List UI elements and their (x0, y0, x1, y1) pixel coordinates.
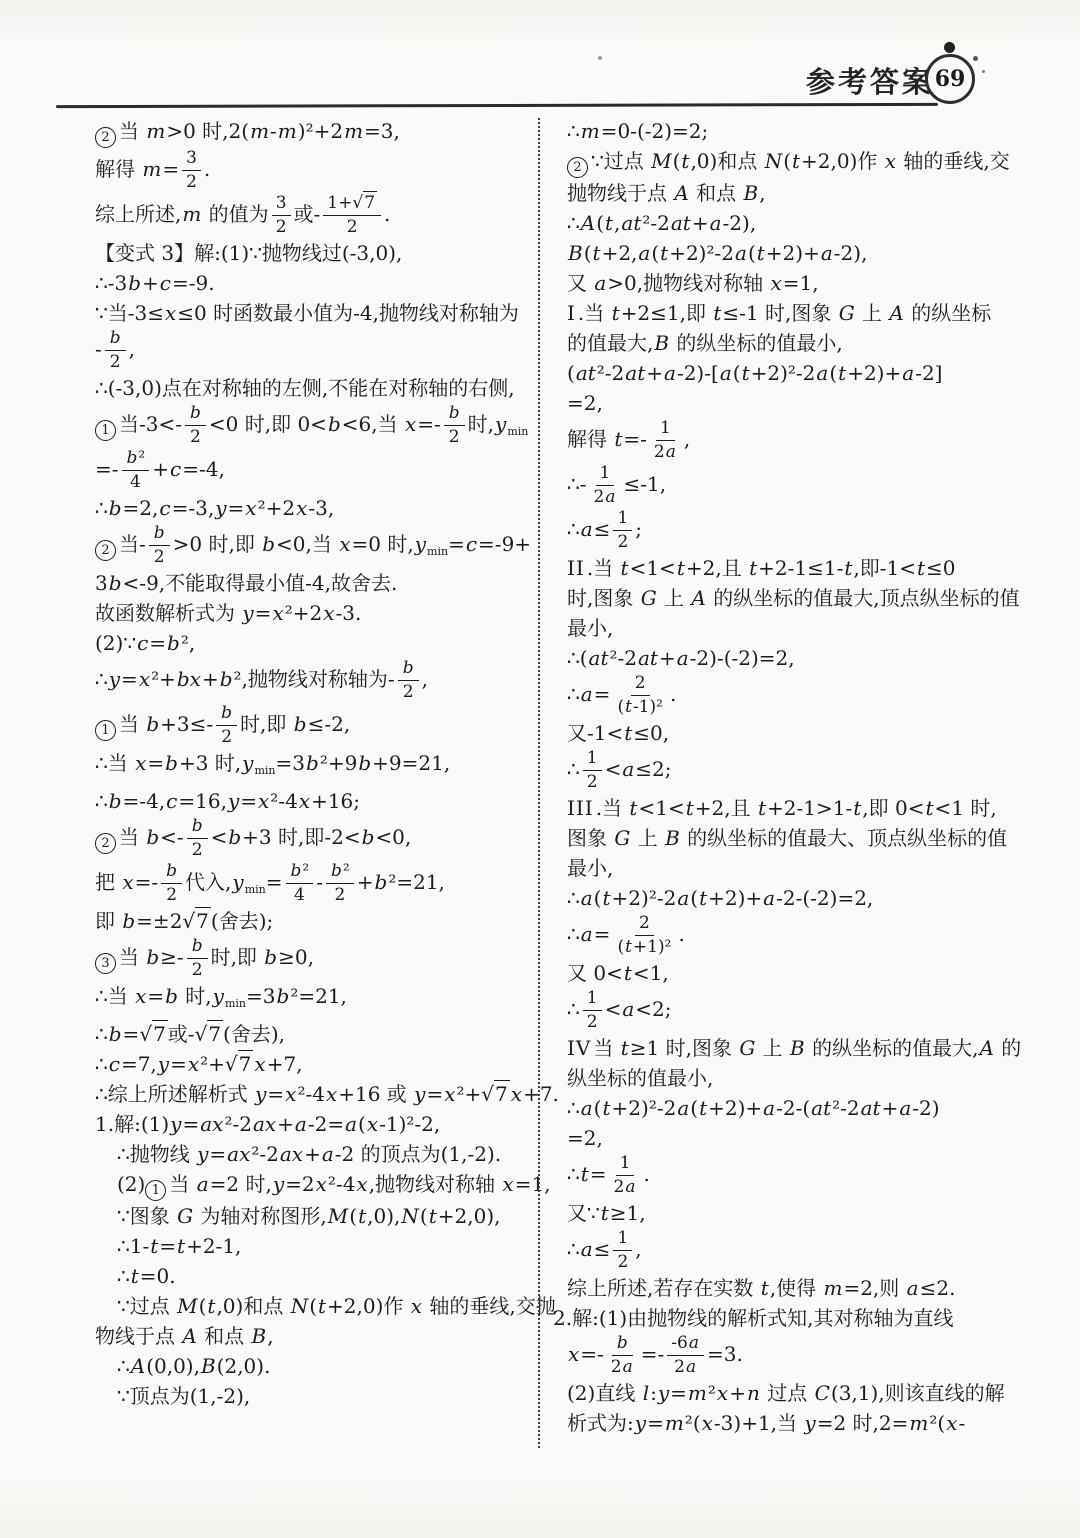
text-line: ∴a≤12; (567, 508, 1027, 553)
text-line: =-b²4+c=-4, (95, 448, 539, 493)
text-line: 最小, (567, 853, 1027, 883)
text-line: ∵图象 G 为轴对称图形,M(t,0),N(t+2,0), (95, 1201, 539, 1231)
text-line: 1.解:(1)y=ax²-2ax+a-2=a(x-1)²-2, (95, 1109, 539, 1139)
text-line: ∴12<a<2; (567, 988, 1027, 1033)
page-number: 69 (935, 66, 966, 92)
text-line: 把 x=-b2代入,ymin=b²4-b²2+b²=21, (95, 861, 539, 906)
text-line: ∴c=7,y=x²+√7x+7, (95, 1049, 539, 1079)
text-line: 又-1<t≤0, (567, 718, 1027, 748)
answer-page: 参考答案 69 2当 m>0 时,2(m-m)²+2m=3,解得 m=32.综上… (0, 0, 1080, 1538)
text-line: 抛物线于点 A 和点 B, (567, 178, 1027, 208)
text-line: 析式为:y=m²(x-3)+1,当 y=2 时,2=m²(x- (567, 1408, 1027, 1438)
text-line: II.当 t<1<t+2,且 t+2-1≤1-t,即-1<t≤0 (567, 553, 1027, 583)
text-line: 2当-b2>0 时,即 b<0,当 x=0 时,ymin=c=-9+ (95, 523, 539, 568)
text-line: 3b<-9,不能取得最小值-4,故舍去. (95, 568, 539, 598)
text-line: ∴a=2(t-1)². (567, 673, 1027, 718)
text-line: 又 0<t<1, (567, 958, 1027, 988)
text-line: ∴(at²-2at+a-2)-(-2)=2, (567, 643, 1027, 673)
badge-orbit-dot-tiny (982, 70, 985, 73)
text-line: ∴-12a≤-1, (567, 463, 1027, 508)
text-line: ∴1-t=t+2-1, (95, 1231, 539, 1261)
text-line: 故函数解析式为 y=x²+2x-3. (95, 598, 539, 628)
text-line: 图象 G 上 B 的纵坐标的值最大、顶点纵坐标的值 (567, 823, 1027, 853)
text-line: 解得 t=-12a, (567, 418, 1027, 463)
text-line: -b2, (95, 328, 539, 373)
text-line: x=-b2a=--6a2a=3. (567, 1333, 1027, 1378)
text-line: ∴b=√7或-√7(舍去), (95, 1019, 539, 1049)
text-line: ∴a(t+2)²-2a(t+2)+a-2-(-2)=2, (567, 883, 1027, 913)
text-line: 2∵过点 M(t,0)和点 N(t+2,0)作 x 轴的垂线,交 (567, 146, 1027, 178)
text-line: ∴当 x=b+3 时,ymin=3b²+9b+9=21, (95, 748, 539, 786)
text-line: =2, (567, 1123, 1027, 1153)
text-line: ∴a≤12, (567, 1228, 1027, 1273)
text-line: ∴-3b+c=-9. (95, 268, 539, 298)
text-line: ∵过点 M(t,0)和点 N(t+2,0)作 x 轴的垂线,交抛 (95, 1291, 539, 1321)
text-line: (2)∵c=b², (95, 628, 539, 658)
text-line: ∴A(t,at²-2at+a-2), (567, 208, 1027, 238)
text-line: ∴综上所述解析式 y=x²-4x+16 或 y=x²+√7x+7. (95, 1079, 539, 1109)
text-line: ∴a=2(t+1)². (567, 913, 1027, 958)
text-line: (2)直线 l:y=m²x+n 过点 C(3,1),则该直线的解 (567, 1378, 1027, 1408)
scan-speck (598, 56, 602, 60)
text-line: 纵坐标的值最小, (567, 1063, 1027, 1093)
column-divider (538, 118, 540, 1448)
text-line: 的值最大,B 的纵坐标的值最小, (567, 328, 1027, 358)
text-line: =2, (567, 388, 1027, 418)
text-line: ∴A(0,0),B(2,0). (95, 1351, 539, 1381)
text-line: (2)1当 a=2 时,y=2x²-4x,抛物线对称轴 x=1, (95, 1169, 539, 1201)
text-line: ∴当 x=b 时,ymin=3b²=21, (95, 981, 539, 1019)
text-line: 2当 m>0 时,2(m-m)²+2m=3, (95, 116, 539, 148)
text-line: 综上所述,m 的值为32或-1+√72. (95, 193, 539, 238)
text-line: 3当 b≥-b2时,即 b≥0, (95, 936, 539, 981)
header-rule (56, 103, 938, 108)
text-line: 即 b=±2√7(舍去); (95, 906, 539, 936)
text-line: 又∵t≥1, (567, 1198, 1027, 1228)
text-line: 2当 b<-b2<b+3 时,即-2<b<0, (95, 816, 539, 861)
text-line: ∴m=0-(-2)=2; (567, 116, 1027, 146)
page-title: 参考答案 (806, 60, 934, 101)
text-line: ∴(-3,0)点在对称轴的左侧,不能在对称轴的右侧, (95, 373, 539, 403)
text-line: B(t+2,a(t+2)²-2a(t+2)+a-2), (567, 238, 1027, 268)
text-line: 时,图象 G 上 A 的纵坐标的值最大,顶点纵坐标的值 (567, 583, 1027, 613)
text-line: 【变式 3】解:(1)∵抛物线过(-3,0), (95, 238, 539, 268)
text-line: 又 a>0,抛物线对称轴 x=1, (567, 268, 1027, 298)
text-line: ∴a(t+2)²-2a(t+2)+a-2-(at²-2at+a-2) (567, 1093, 1027, 1123)
text-line: 2.解:(1)由抛物线的解析式知,其对称轴为直线 (553, 1303, 1027, 1333)
text-line: (at²-2at+a-2)-[a(t+2)²-2a(t+2)+a-2] (567, 358, 1027, 388)
text-line: 最小, (567, 613, 1027, 643)
text-line: 解得 m=32. (95, 148, 539, 193)
text-line: ∴抛物线 y=ax²-2ax+a-2 的顶点为(1,-2). (95, 1139, 539, 1169)
text-line: I.当 t+2≤1,即 t≤-1 时,图象 G 上 A 的纵坐标 (567, 298, 1027, 328)
left-column: 2当 m>0 时,2(m-m)²+2m=3,解得 m=32.综上所述,m 的值为… (95, 116, 539, 1411)
text-line: ∴12<a≤2; (567, 748, 1027, 793)
page-number-badge: 69 (925, 54, 975, 104)
text-line: 1当 b+3≤-b2时,即 b≤-2, (95, 703, 539, 748)
text-line: IV当 t≥1 时,图象 G 上 B 的纵坐标的值最大,A 的 (567, 1033, 1027, 1063)
badge-orbit-dot-small (973, 56, 978, 61)
text-line: 综上所述,若存在实数 t,使得 m=2,则 a≤2. (567, 1273, 1027, 1303)
text-line: 物线于点 A 和点 B, (95, 1321, 539, 1351)
text-line: III.当 t<1<t+2,且 t+2-1>1-t,即 0<t<1 时, (567, 793, 1027, 823)
badge-orbit-dot (944, 42, 955, 53)
text-line: ∴t=12a. (567, 1153, 1027, 1198)
text-line: ∵当-3≤x≤0 时函数最小值为-4,抛物线对称轴为 (95, 298, 539, 328)
text-line: ∵顶点为(1,-2), (95, 1381, 539, 1411)
text-line: ∴b=-4,c=16,y=x²-4x+16; (95, 786, 539, 816)
text-line: 1当-3<-b2<0 时,即 0<b<6,当 x=-b2时,ymin (95, 403, 539, 448)
text-line: ∴t=0. (95, 1261, 539, 1291)
text-line: ∴b=2,c=-3,y=x²+2x-3, (95, 493, 539, 523)
right-column: ∴m=0-(-2)=2;2∵过点 M(t,0)和点 N(t+2,0)作 x 轴的… (567, 116, 1027, 1438)
text-line: ∴y=x²+bx+b²,抛物线对称轴为-b2, (95, 658, 539, 703)
